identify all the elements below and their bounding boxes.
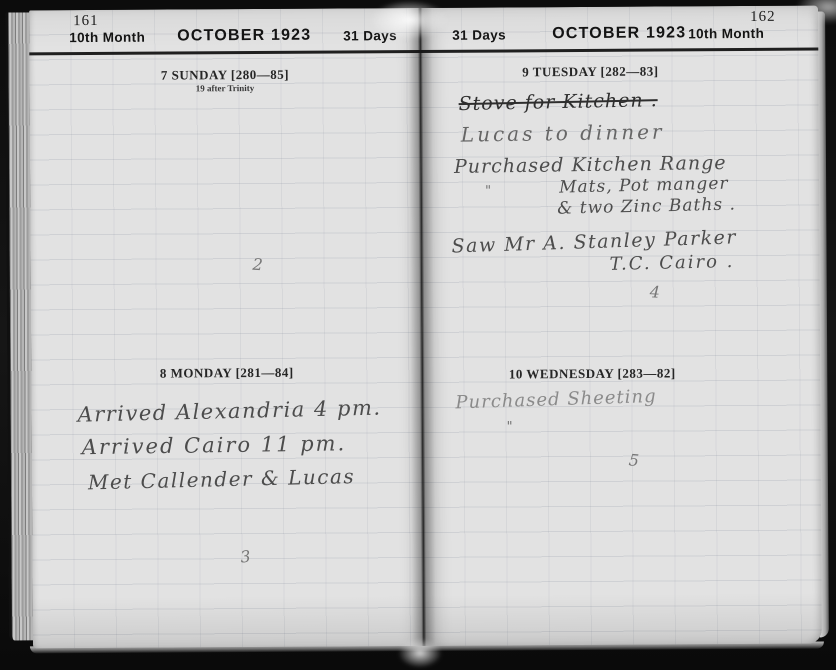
book-gutter-shadow — [408, 8, 436, 646]
month-ordinal-right: 10th Month — [688, 26, 764, 41]
days-count-left: 31 Days — [343, 28, 397, 43]
ditto-mark: " — [507, 419, 513, 434]
diary-page-left: 161 10th Month OCTOBER 1923 31 Days 7 SU… — [29, 8, 424, 648]
days-count-right: 31 Days — [452, 27, 506, 42]
pencil-count-monday: 3 — [239, 547, 251, 567]
pencil-count-wednesday: 5 — [628, 450, 640, 470]
page-number-left: 161 — [73, 13, 99, 30]
header-rule-right — [420, 48, 818, 53]
day-heading-wednesday: 10 WEDNESDAY [283—82] — [422, 365, 762, 383]
handwritten-entry: Purchased Sheeting — [455, 386, 657, 413]
header-rule-left — [29, 50, 420, 55]
month-title-left: OCTOBER 1923 — [177, 27, 311, 46]
page-number-right: 162 — [750, 9, 776, 26]
pencil-count-tuesday: 4 — [649, 282, 660, 301]
pencil-count-sunday: 2 — [252, 255, 263, 275]
ditto-mark: " — [485, 184, 491, 199]
handwritten-entry: & two Zinc Baths . — [557, 195, 736, 219]
handwritten-entry: Arrived Cairo 11 pm. — [82, 431, 347, 459]
handwritten-entry: T.C. Cairo . — [609, 251, 734, 275]
month-title-right: OCTOBER 1923 — [552, 24, 686, 43]
handwritten-entry: Lucas to dinner — [461, 120, 665, 147]
diary-page-right: 162 31 Days OCTOBER 1923 10th Month 9 TU… — [420, 6, 822, 646]
day-heading-monday: 8 MONDAY [281—84] — [31, 364, 422, 382]
diary-scan-photo: 161 10th Month OCTOBER 1923 31 Days 7 SU… — [0, 0, 836, 670]
handwritten-entry: Met Callender & Lucas — [88, 464, 356, 494]
month-ordinal-left: 10th Month — [69, 30, 145, 45]
handwritten-entry-struck: Stove for Kitchen . — [458, 89, 657, 115]
day-subheading-sunday: 19 after Trinity — [29, 82, 420, 94]
handwritten-entry: Mats, Pot manger — [559, 174, 729, 198]
diary-book: 161 10th Month OCTOBER 1923 31 Days 7 SU… — [0, 5, 836, 652]
handwritten-entry: Arrived Alexandria 4 pm. — [77, 396, 382, 427]
day-heading-tuesday: 9 TUESDAY [282—83] — [420, 63, 760, 81]
